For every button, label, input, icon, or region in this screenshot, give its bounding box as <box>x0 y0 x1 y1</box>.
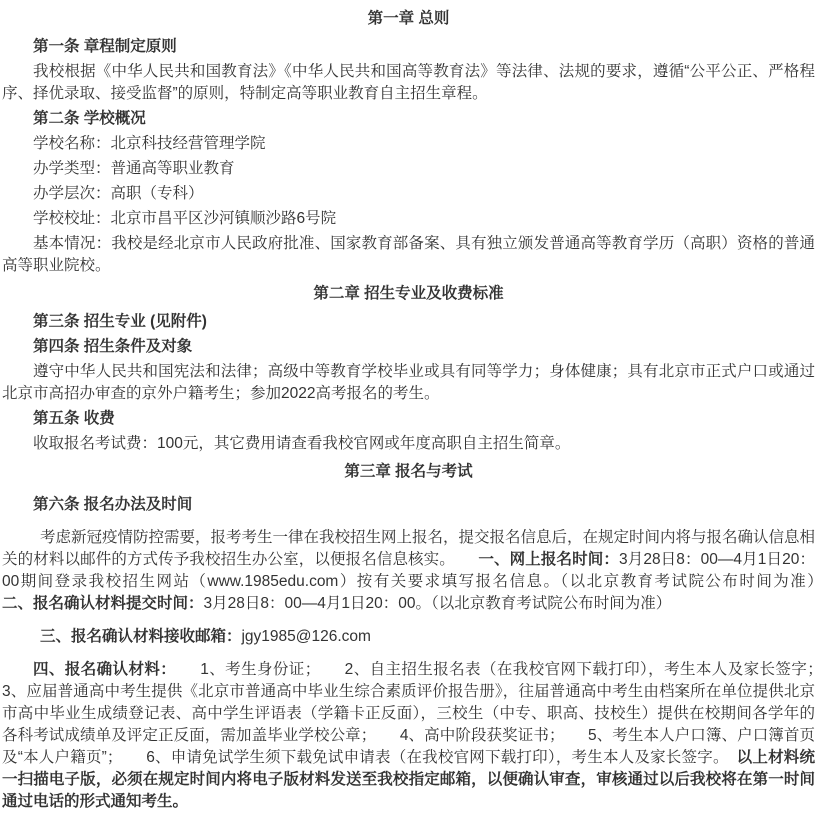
paragraph: 考虑新冠疫情防控需要，报考考生一律在我校招生网上报名，提交报名信息后，在规定时间… <box>2 527 815 615</box>
text-run: 第一条 章程制定原则 <box>33 38 177 55</box>
text-run: 学校名称：北京科技经营管理学院 <box>33 135 266 152</box>
chapter-heading: 第三章 报名与考试 <box>2 461 815 483</box>
paragraph: 办学层次：高职（专科） <box>2 183 815 205</box>
text-run: 一、网上报名时间： <box>478 551 619 568</box>
paragraph: 遵守中华人民共和国宪法和法律；高级中等教育学校毕业或具有同等学力；身体健康；具有… <box>2 361 815 405</box>
text-run: 遵守中华人民共和国宪法和法律；高级中等教育学校毕业或具有同等学力；身体健康；具有… <box>2 363 815 402</box>
text-run: 第六条 报名办法及时间 <box>33 496 192 513</box>
paragraph: 办学类型：普通高等职业教育 <box>2 158 815 180</box>
text-run: 第一章 总则 <box>368 10 450 27</box>
text-run: 第三条 招生专业 (见附件) <box>33 313 207 330</box>
chapter-heading: 第二章 招生专业及收费标准 <box>2 283 815 305</box>
text-run: 三、报名确认材料接收邮箱： <box>40 628 242 645</box>
article-heading: 第三条 招生专业 (见附件) <box>2 311 815 333</box>
article-heading: 第五条 收费 <box>2 408 815 430</box>
text-run: 第二条 学校概况 <box>33 110 146 127</box>
chapter-heading: 第一章 总则 <box>2 8 815 30</box>
paragraph: 三、报名确认材料接收邮箱：jgy1985@126.com <box>2 626 815 648</box>
text-run: 四、报名确认材料： <box>33 661 168 678</box>
text-run: 基本情况：我校是经北京市人民政府批准、国家教育部备案、具有独立颁发普通高等教育学… <box>2 235 815 274</box>
paragraph: 学校校址：北京市昌平区沙河镇顺沙路6号院 <box>2 208 815 230</box>
text-run: 第三章 报名与考试 <box>344 463 472 480</box>
paragraph: 收取报名考试费：100元，其它费用请查看我校官网或年度高职自主招生简章。 <box>2 433 815 455</box>
paragraph: 我校根据《中华人民共和国教育法》《中华人民共和国高等教育法》等法律、法规的要求，… <box>2 61 815 105</box>
text-run: 学校校址：北京市昌平区沙河镇顺沙路6号院 <box>33 210 336 227</box>
paragraph: 学校名称：北京科技经营管理学院 <box>2 133 815 155</box>
article-heading: 第二条 学校概况 <box>2 108 815 130</box>
text-run: 办学类型：普通高等职业教育 <box>33 160 235 177</box>
document: 第一章 总则第一条 章程制定原则我校根据《中华人民共和国教育法》《中华人民共和国… <box>0 0 817 817</box>
text-run: 第五条 收费 <box>33 410 115 427</box>
paragraph: 四、报名确认材料： 1、考生身份证； 2、自主招生报名表（在我校官网下载打印），… <box>2 659 815 813</box>
paragraph: 基本情况：我校是经北京市人民政府批准、国家教育部备案、具有独立颁发普通高等教育学… <box>2 233 815 277</box>
text-run: 二、报名确认材料提交时间： <box>2 595 204 612</box>
article-heading: 第四条 招生条件及对象 <box>2 336 815 358</box>
text-run: 3月28日8：00—4月1日20：00。（以北京教育考试院公布时间为准） <box>204 595 672 612</box>
article-heading: 第一条 章程制定原则 <box>2 36 815 58</box>
text-run: 我校根据《中华人民共和国教育法》《中华人民共和国高等教育法》等法律、法规的要求，… <box>2 63 815 102</box>
article-heading: 第六条 报名办法及时间 <box>2 494 815 516</box>
text-run: 办学层次：高职（专科） <box>33 185 204 202</box>
text-run: jgy1985@126.com <box>241 628 370 645</box>
text-run: 第四条 招生条件及对象 <box>33 338 192 355</box>
text-run: 收取报名考试费：100元，其它费用请查看我校官网或年度高职自主招生简章。 <box>33 435 570 452</box>
text-run: 第二章 招生专业及收费标准 <box>313 285 503 302</box>
